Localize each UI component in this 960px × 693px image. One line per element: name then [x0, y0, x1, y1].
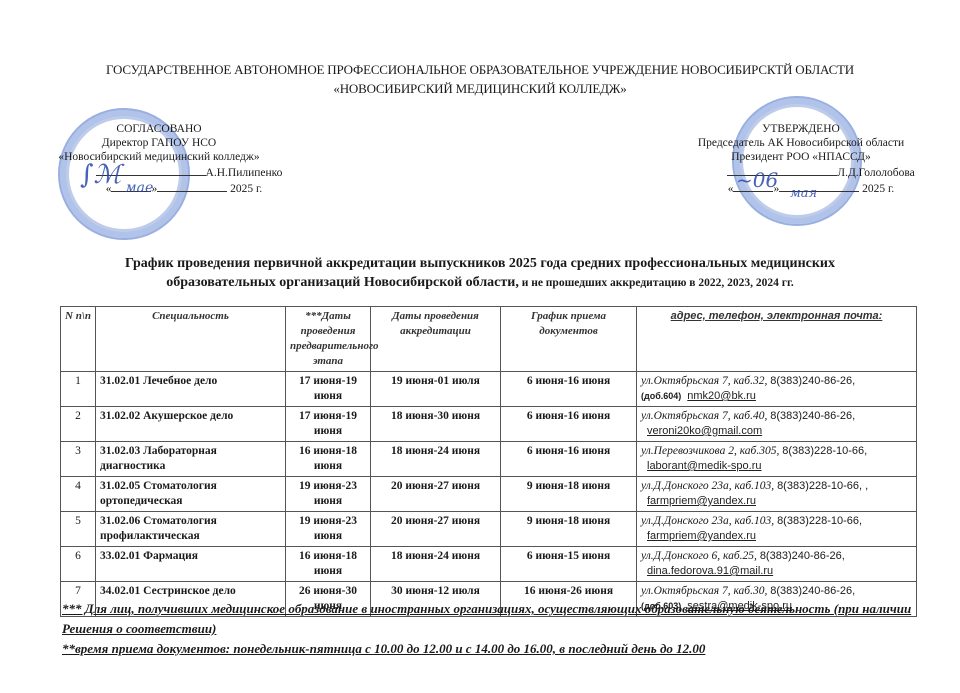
document-dates: 6 июня-16 июня [501, 372, 637, 407]
approved-year: 2025 г. [862, 183, 894, 195]
document-dates: 6 июня-16 июня [501, 407, 637, 442]
agreed-org: «Новосибирский медицинский колледж» [34, 150, 284, 164]
specialty: 31.02.02 Акушерское дело [96, 407, 286, 442]
approved-block: УТВЕРЖДЕНО Председатель АК Новосибирской… [666, 122, 936, 196]
header-prelim: ***Даты проведения предварительного этап… [286, 307, 371, 372]
title-line-2: образовательных организаций Новосибирско… [166, 275, 519, 290]
row-number: 1 [61, 372, 96, 407]
signature-scribble-icon: ∫ℳ [80, 160, 121, 190]
address: ул.Д.Донского 6, каб.25, [641, 550, 757, 562]
row-number: 3 [61, 442, 96, 477]
approved-org: Президент РОО «НПАССД» [666, 150, 936, 164]
table-row: 231.02.02 Акушерское дело17 июня-19 июня… [61, 407, 917, 442]
accreditation-dates: 18 июня-24 июня [371, 442, 501, 477]
contacts: ул.Октябрьская 7, каб.40, 8(383)240-86-2… [637, 407, 917, 442]
header-accreditation: Даты проведения аккредитации [371, 307, 501, 372]
contacts: ул.Д.Донского 23а, каб.103, 8(383)228-10… [637, 512, 917, 547]
row-number: 5 [61, 512, 96, 547]
address: ул.Перевозчикова 2, каб.305, [641, 445, 779, 457]
phone: 8(383)228-10-66, [777, 515, 862, 527]
table-row: 131.02.01 Лечебное дело17 июня-19 июня19… [61, 372, 917, 407]
approved-position: Председатель АК Новосибирской области [666, 136, 936, 150]
phone: 8(383)228-10-66, [782, 445, 867, 457]
document-dates: 9 июня-18 июня [501, 477, 637, 512]
header-contacts: адрес, телефон, электронная почта: [637, 307, 917, 372]
organization-header: ГОСУДАРСТВЕННОЕ АВТОНОМНОЕ ПРОФЕССИОНАЛЬ… [0, 60, 960, 98]
accreditation-dates: 20 июня-27 июня [371, 512, 501, 547]
address: ул.Д.Донского 23а, каб.103, [641, 515, 774, 527]
row-number: 6 [61, 547, 96, 582]
prelim-dates: 16 июня-18 июня [286, 547, 371, 582]
approved-name: Л.Д.Гололобова [837, 167, 914, 179]
table-row: 331.02.03 Лабораторная диагностика16 июн… [61, 442, 917, 477]
handwritten-month-icon: мая [790, 186, 817, 201]
email-link[interactable]: farmpriem@yandex.ru [647, 495, 756, 507]
phone: 8(383)228-10-66, , [777, 480, 868, 492]
specialty: 31.02.01 Лечебное дело [96, 372, 286, 407]
prelim-dates: 19 июня-23 июня [286, 477, 371, 512]
month-line [157, 180, 227, 192]
handwritten-month-icon: мае [125, 180, 153, 196]
specialty: 31.02.05 Стоматология ортопедическая [96, 477, 286, 512]
document-dates: 6 июня-16 июня [501, 442, 637, 477]
college-name: «НОВОСИБИРСКИЙ МЕДИЦИНСКИЙ КОЛЛЕДЖ» [0, 79, 960, 98]
email-link[interactable]: laborant@medik-spo.ru [647, 460, 762, 472]
header-specialty: Специальность [96, 307, 286, 372]
phone-extension: (доб.604) [641, 391, 681, 401]
approved-heading: УТВЕРЖДЕНО [666, 122, 936, 136]
agreed-heading: СОГЛАСОВАНО [34, 122, 284, 136]
title-line-1: График проведения первичной аккредитации… [40, 254, 920, 273]
phone: 8(383)240-86-26, [770, 375, 855, 387]
row-number: 2 [61, 407, 96, 442]
footnote-document-hours: **время приема документов: понедельник-п… [62, 641, 705, 656]
signature-scribble-icon: ~06 [736, 168, 778, 192]
contacts: ул.Д.Донского 6, каб.25, 8(383)240-86-26… [637, 547, 917, 582]
contacts: ул.Д.Донского 23а, каб.103, 8(383)228-10… [637, 477, 917, 512]
accreditation-dates: 18 июня-24 июня [371, 547, 501, 582]
table-row: 431.02.05 Стоматология ортопедическая19 … [61, 477, 917, 512]
email-link[interactable]: farmpriem@yandex.ru [647, 530, 756, 542]
address: ул.Октябрьская 7, каб.32, [641, 375, 767, 387]
specialty: 31.02.06 Стоматология профилактическая [96, 512, 286, 547]
header-num: N п\п [61, 307, 96, 372]
specialty: 33.02.01 Фармация [96, 547, 286, 582]
accreditation-dates: 20 июня-27 июня [371, 477, 501, 512]
prelim-dates: 17 июня-19 июня [286, 372, 371, 407]
email-link[interactable]: veroni20ko@gmail.com [647, 425, 762, 437]
footnotes: *** Для лиц, получивших медицинское обра… [62, 599, 932, 659]
document-title: График проведения первичной аккредитации… [40, 254, 920, 293]
email-link[interactable]: dina.fedorova.91@mail.ru [647, 565, 773, 577]
accreditation-dates: 18 июня-30 июня [371, 407, 501, 442]
address: ул.Октябрьская 7, каб.40, [641, 410, 767, 422]
accreditation-dates: 19 июня-01 июля [371, 372, 501, 407]
title-line-2-note: и не прошедших аккредитацию в 2022, 2023… [519, 277, 794, 289]
specialty: 31.02.03 Лабораторная диагностика [96, 442, 286, 477]
prelim-dates: 17 июня-19 июня [286, 407, 371, 442]
document-dates: 6 июня-15 июня [501, 547, 637, 582]
address: ул.Д.Донского 23а, каб.103, [641, 480, 774, 492]
table-row: 531.02.06 Стоматология профилактическая1… [61, 512, 917, 547]
organization-name: ГОСУДАРСТВЕННОЕ АВТОНОМНОЕ ПРОФЕССИОНАЛЬ… [0, 60, 960, 79]
agreed-year: 2025 г. [230, 183, 262, 195]
contacts: ул.Перевозчикова 2, каб.305, 8(383)228-1… [637, 442, 917, 477]
table-header-row: N п\п Специальность ***Даты проведения п… [61, 307, 917, 372]
schedule-table: N п\п Специальность ***Даты проведения п… [60, 306, 917, 617]
contacts: ул.Октябрьская 7, каб.32, 8(383)240-86-2… [637, 372, 917, 407]
header-documents: График приема документов [501, 307, 637, 372]
agreed-block: СОГЛАСОВАНО Директор ГАПОУ НСО «Новосиби… [34, 122, 284, 196]
document-dates: 9 июня-18 июня [501, 512, 637, 547]
agreed-name: А.Н.Пилипенко [206, 167, 283, 179]
footnote-foreign-education: *** Для лиц, получивших медицинское обра… [62, 601, 911, 636]
email-link[interactable]: nmk20@bk.ru [687, 390, 756, 402]
prelim-dates: 16 июня-18 июня [286, 442, 371, 477]
phone: 8(383)240-86-26, [770, 410, 855, 422]
prelim-dates: 19 июня-23 июня [286, 512, 371, 547]
row-number: 4 [61, 477, 96, 512]
phone: 8(383)240-86-26, [770, 585, 855, 597]
phone: 8(383)240-86-26, [760, 550, 845, 562]
table-row: 633.02.01 Фармация16 июня-18 июня18 июня… [61, 547, 917, 582]
address: ул.Октябрьская 7, каб.30, [641, 585, 767, 597]
agreed-position: Директор ГАПОУ НСО [34, 136, 284, 150]
